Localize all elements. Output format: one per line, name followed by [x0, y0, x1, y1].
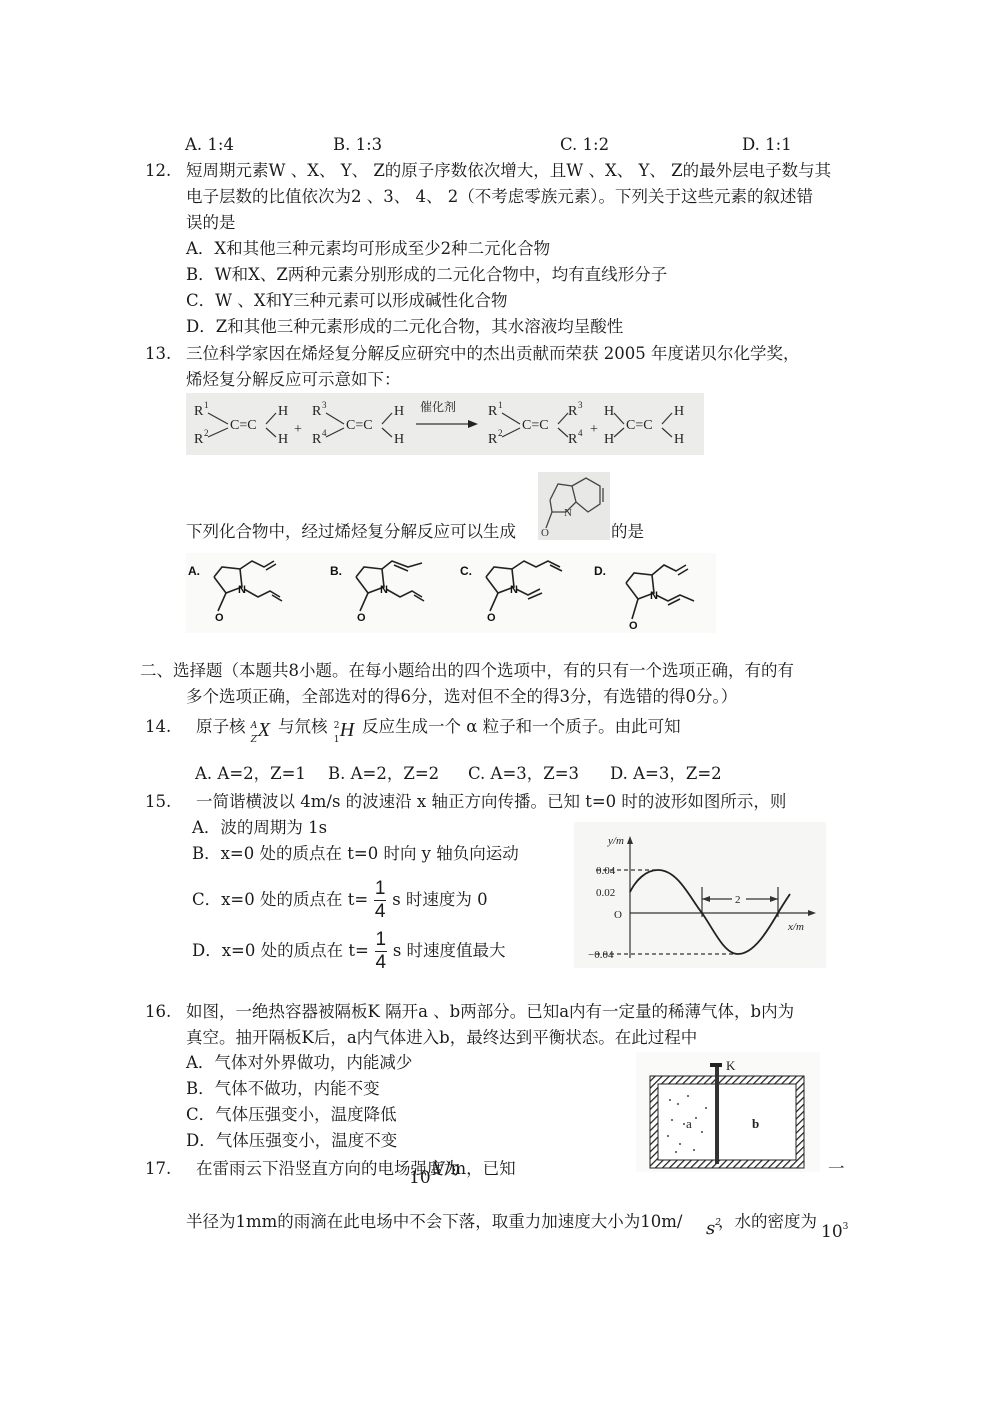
q14-stem-b: 与氘核: [278, 717, 328, 736]
svg-text:C=C: C=C: [522, 418, 549, 433]
svg-text:O: O: [357, 612, 366, 624]
q16-option-b: B．气体不做功，内能不变: [186, 1078, 380, 1100]
svg-text:N: N: [650, 590, 658, 602]
q14-stem-c: 反应生成一个 α 粒子和一个质子。由此可知: [362, 717, 681, 736]
svg-text:O: O: [487, 612, 496, 624]
olefin-metathesis-scheme: R1 R2 C=C HH + R3 R4 C=C HH 催化剂 R1 R2 C=…: [186, 393, 704, 455]
svg-text:O: O: [215, 612, 224, 624]
svg-text:b: b: [752, 1116, 759, 1131]
q16-stem-line2: 真空。抽开隔板K后，a内气体进入b，最终达到平衡状态。在此过程中: [186, 1027, 697, 1049]
svg-text:N: N: [238, 584, 246, 596]
wave-graph-svg: y/m x/m 0.04 0.02 O −0.04 2: [574, 822, 826, 968]
q15-number: 15.: [145, 791, 171, 813]
svg-text:A.: A.: [188, 564, 200, 578]
svg-text:H: H: [604, 404, 614, 419]
q11-option-b: B. 1:3: [333, 134, 382, 156]
q13-question-prefix: 下列化合物中，经过烯烃复分解反应可以生成: [186, 521, 516, 543]
q12-stem-line3: 误的是: [186, 212, 236, 234]
svg-text:O: O: [541, 527, 549, 539]
q15-option-d: D．x=0 处的质点在 t=14s 时速度值最大: [192, 929, 506, 973]
svg-text:+: +: [590, 422, 598, 437]
q13-stem-line2: 烯烃复分解反应可示意如下：: [186, 369, 401, 391]
q13-choices-figure: A. B. C. D. NO: [186, 553, 716, 633]
svg-text:N: N: [510, 584, 518, 596]
target-product-structure: N O: [538, 472, 610, 540]
bicyclic-lactam-icon: N O: [538, 472, 610, 540]
svg-text:x/m: x/m: [787, 921, 804, 933]
fraction-one-quarter: 14: [375, 930, 387, 973]
q12-stem-line2: 电子层数的比值依次为2 、3、 4、 2（不考虑零族元素）。下列关于这些元素的叙…: [186, 186, 813, 208]
q15-stem: 一简谐横波以 4m/s 的波速沿 x 轴正方向传播。已知 t=0 时的波形如图所…: [196, 791, 786, 813]
svg-text:3: 3: [322, 400, 327, 410]
q14-option-a: A. A=2，Z=1: [195, 763, 306, 785]
svg-text:−0.04: −0.04: [588, 949, 614, 961]
svg-text:H: H: [394, 432, 404, 447]
svg-text:H: H: [278, 432, 288, 447]
svg-text:B.: B.: [330, 564, 342, 578]
svg-text:1: 1: [204, 400, 209, 410]
q17-line2-b: ，水的密度为: [718, 1211, 817, 1233]
svg-text:R: R: [488, 404, 498, 419]
q12-option-d: D．Z和其他三种元素形成的二元化合物，其水溶液均呈酸性: [186, 316, 623, 338]
q16-option-d: D．气体压强变小，温度不变: [186, 1130, 397, 1152]
q12-number: 12.: [145, 160, 171, 182]
q16-option-c: C．气体压强变小，温度降低: [186, 1104, 397, 1126]
svg-text:H: H: [394, 404, 404, 419]
q17-number: 17.: [145, 1158, 171, 1180]
q11-option-c: C. 1:2: [560, 134, 609, 156]
q14-option-d: D. A=3，Z=2: [610, 763, 722, 785]
q14-option-b: B. A=2，Z=2: [328, 763, 439, 785]
svg-text:a: a: [686, 1116, 692, 1131]
q14-stem: 原子核 A Z X 与氘核 2 1 H 反应生成一个 α 粒子和一个质子。由此可…: [196, 716, 681, 739]
wave-graph: y/m x/m 0.04 0.02 O −0.04 2: [574, 822, 826, 968]
q13-choices-svg: A. B. C. D. NO: [186, 553, 716, 633]
svg-text:H: H: [278, 404, 288, 419]
svg-text:0.02: 0.02: [596, 887, 615, 899]
water-density-value: 103: [821, 1222, 848, 1242]
q13-question-suffix: 的是: [611, 521, 644, 543]
svg-text:O: O: [629, 620, 638, 632]
q12-option-b: B．W和X、Z两种元素分别形成的二元化合物中，均有直线形分子: [186, 264, 667, 286]
svg-text:R: R: [194, 432, 204, 447]
nucleus-h: 2 1 H: [333, 717, 357, 739]
svg-text:N: N: [564, 507, 572, 519]
q16-number: 16.: [145, 1001, 171, 1023]
svg-text:K: K: [726, 1058, 736, 1073]
svg-text:R: R: [568, 404, 578, 419]
q14-number: 14.: [145, 716, 171, 738]
svg-text:R: R: [194, 404, 204, 419]
svg-text:0.04: 0.04: [596, 865, 616, 877]
insulated-container-figure: K a b: [636, 1052, 820, 1172]
svg-text:C=C: C=C: [626, 418, 653, 433]
q16-option-a: A．气体对外界做功，内能减少: [186, 1052, 412, 1074]
svg-text:1: 1: [498, 400, 503, 410]
q17-stem-b: V/m，已知: [433, 1158, 516, 1180]
q14-option-c: C. A=3，Z=3: [468, 763, 579, 785]
q12-option-c: C．W 、X和Y三种元素可以形成碱性化合物: [186, 290, 507, 312]
q11-option-a: A. 1:4: [185, 134, 234, 156]
q13-stem-line1: 三位科学家因在烯烃复分解反应研究中的杰出贡献而荣获 2005 年度诺贝尔化学奖，: [186, 343, 799, 365]
q13-number: 13.: [145, 343, 171, 365]
svg-text:2: 2: [735, 894, 741, 906]
nucleus-x: A Z X: [251, 717, 273, 739]
svg-text:C=C: C=C: [230, 418, 257, 433]
svg-text:4: 4: [578, 428, 583, 438]
q15-option-b: B．x=0 处的质点在 t=0 时向 y 轴负向运动: [192, 843, 519, 865]
svg-text:+: +: [294, 422, 302, 437]
q17-line2-a: 半径为1mm的雨滴在此电场中不会下落，取重力加速度大小为10m/: [186, 1211, 683, 1233]
svg-text:H: H: [604, 432, 614, 447]
q14-stem-a: 原子核: [196, 717, 246, 736]
svg-text:y/m: y/m: [607, 835, 624, 847]
section2-heading-line2: 多个选项正确，全部选对的得6分，选对但不全的得3分，有选错的得0分。）: [186, 686, 737, 708]
svg-text:R: R: [488, 432, 498, 447]
svg-text:D.: D.: [594, 564, 606, 578]
fraction-one-quarter: 14: [374, 879, 386, 922]
svg-text:C.: C.: [460, 564, 472, 578]
q12-stem-line1: 短周期元素W 、X、 Y、 Z的原子序数依次增大，且W 、X、 Y、 Z的最外层…: [186, 160, 831, 182]
reaction-scheme-svg: R1 R2 C=C HH + R3 R4 C=C HH 催化剂 R1 R2 C=…: [186, 393, 704, 455]
svg-text:催化剂: 催化剂: [420, 399, 456, 414]
container-svg: K a b: [636, 1052, 820, 1172]
q11-option-d: D. 1:1: [742, 134, 792, 156]
svg-text:3: 3: [578, 400, 583, 410]
q12-option-a: A．X和其他三种元素均可形成至少2种二元化合物: [186, 238, 550, 260]
section2-heading-line1: 二、选择题（本题共8小题。在每小题给出的四个选项中，有的只有一个选项正确，有的有: [140, 660, 794, 682]
q15-option-c: C．x=0 处的质点在 t=14s 时速度为 0: [192, 878, 488, 922]
svg-text:N: N: [380, 584, 388, 596]
svg-text:C=C: C=C: [346, 418, 373, 433]
q17-stem-c: 一: [828, 1158, 845, 1180]
q16-stem-line1: 如图，一绝热容器被隔板K 隔开a 、b两部分。已知a内有一定量的稀薄气体，b内为: [186, 1001, 794, 1023]
svg-text:R: R: [568, 432, 578, 447]
q15-option-a: A．波的周期为 1s: [192, 817, 327, 839]
svg-text:H: H: [674, 404, 684, 419]
svg-text:H: H: [674, 432, 684, 447]
svg-text:R: R: [312, 432, 322, 447]
svg-text:O: O: [614, 909, 622, 921]
svg-text:R: R: [312, 404, 322, 419]
